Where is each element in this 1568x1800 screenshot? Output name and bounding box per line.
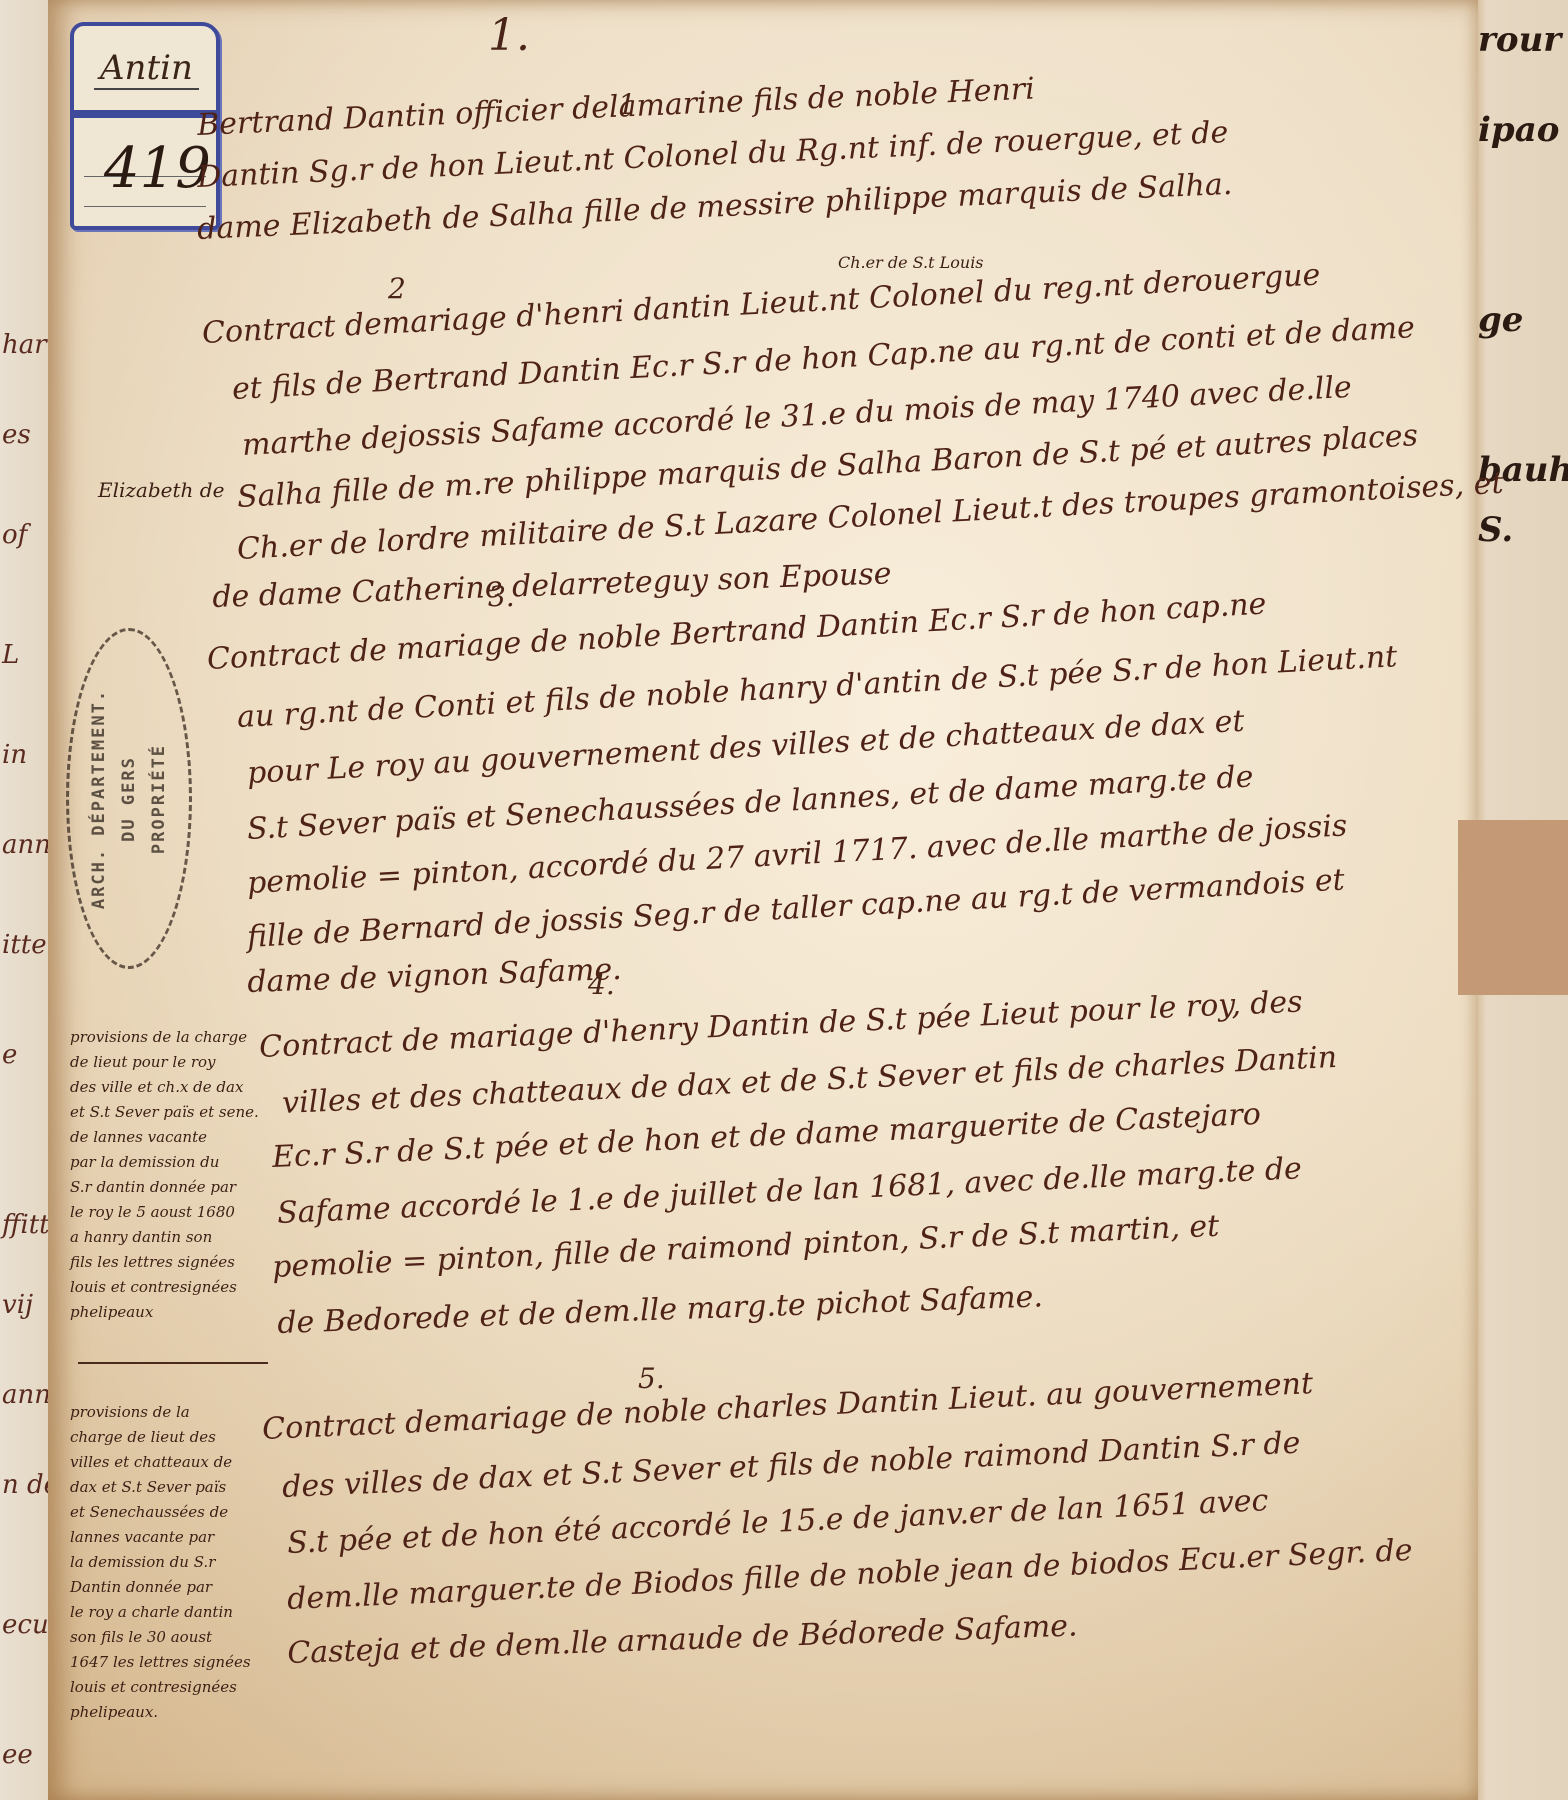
- text-line: Casteja et de dem.lle arnaude de Bédored…: [287, 1608, 1078, 1671]
- stamp-text: ARCH. DÉPARTEMENT. DU GERS PROPRIÉTÉ: [84, 688, 174, 908]
- text-line: de Bedorede et de dem.lle marg.te pichot…: [277, 1279, 1044, 1341]
- section-number: 4.: [588, 968, 615, 1001]
- bg-fragment: itte: [2, 930, 47, 960]
- label-number: 419: [104, 136, 211, 201]
- margin-note-section-4: provisions de la charge de lieut pour le…: [70, 1025, 259, 1325]
- bg-fragment: L: [2, 640, 19, 670]
- archive-stamp: ARCH. DÉPARTEMENT. DU GERS PROPRIÉTÉ: [66, 628, 192, 969]
- margin-insert: Elizabeth de: [98, 478, 224, 503]
- bg-fragment: har: [2, 330, 47, 360]
- bg-fragment: e: [2, 1040, 17, 1070]
- bg-fragment: ipao: [1478, 110, 1559, 150]
- text-line: de dame Catherine delarreteguy son Epous…: [212, 556, 892, 615]
- text-line: dame de vignon Safame.: [247, 952, 622, 1000]
- margin-divider: [78, 1362, 268, 1364]
- page-number: 1.: [488, 10, 530, 61]
- section-number: 2: [388, 272, 406, 305]
- manuscript-page: Antin 419 ARCH. DÉPARTEMENT. DU GERS PRO…: [48, 0, 1478, 1800]
- margin-note-section-5: provisions de la charge de lieut des vil…: [70, 1400, 251, 1725]
- label-divider: [74, 110, 216, 118]
- section-number: 5.: [638, 1362, 665, 1395]
- label-name: Antin: [94, 48, 199, 90]
- bg-fragment: ee: [2, 1740, 33, 1770]
- bg-fragment: of: [2, 520, 27, 550]
- bg-fragment: es: [2, 420, 31, 450]
- bg-fragment: in: [2, 740, 27, 770]
- section-number: 3.: [488, 580, 515, 613]
- bg-fragment: ge: [1478, 300, 1523, 340]
- bg-fragment: S.: [1478, 510, 1513, 550]
- label-rule: [84, 206, 206, 207]
- superscript-note: Ch.er de S.t Louis: [838, 250, 984, 275]
- bg-fragment: rour: [1478, 20, 1561, 60]
- bg-fragment: vij: [2, 1290, 33, 1320]
- redaction-patch: [1458, 820, 1568, 995]
